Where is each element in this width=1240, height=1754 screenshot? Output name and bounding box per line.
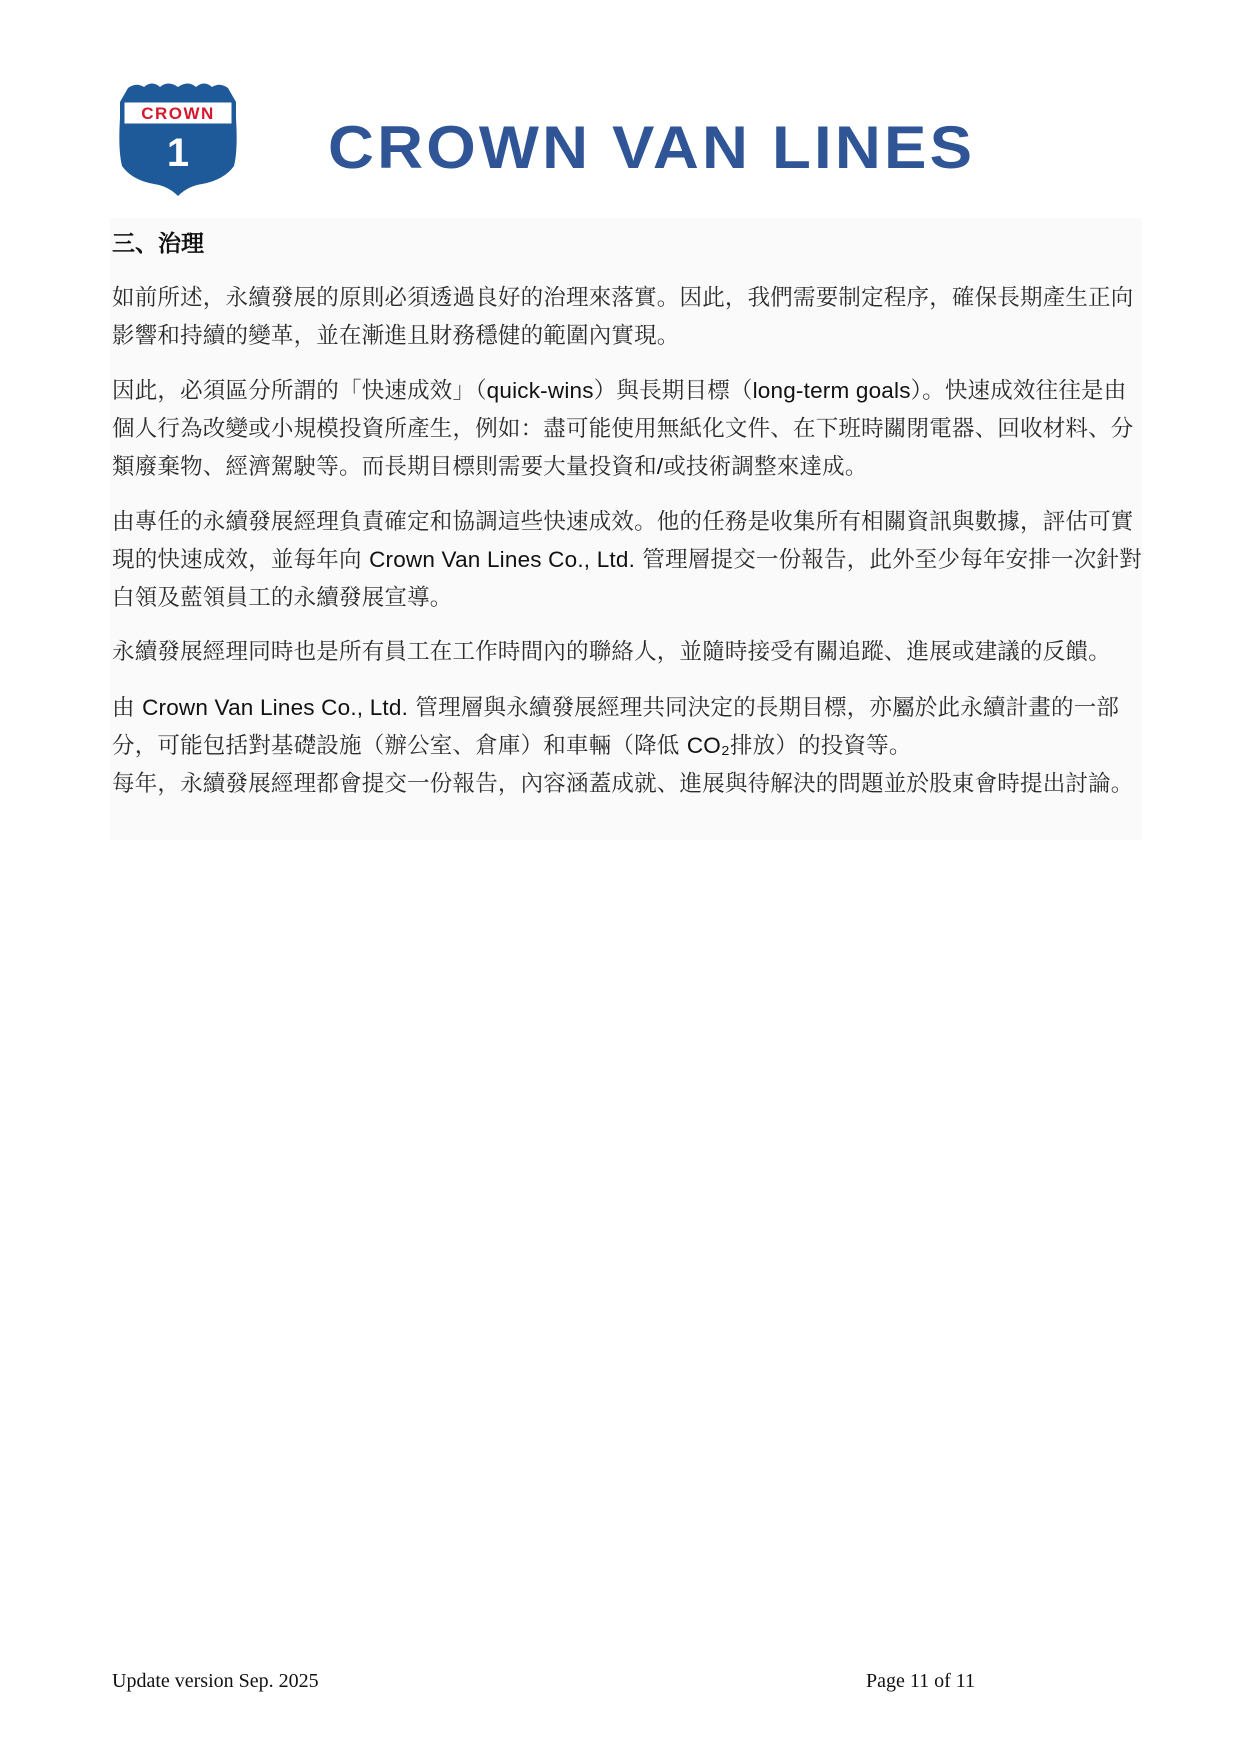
logo-number: 1 <box>167 131 189 175</box>
paragraph-1: 如前所述，永續發展的原則必須透過良好的治理來落實。因此，我們需要制定程序，確保長… <box>112 280 1142 355</box>
paragraph-4: 永續發展經理同時也是所有員工在工作時間內的聯絡人，並隨時接受有關追蹤、進展或建議… <box>112 634 1142 672</box>
logo-badge-text: CROWN <box>141 104 215 123</box>
term-long-term-goals: long-term goals <box>753 378 911 403</box>
company-wordmark: CROWN VAN LINES <box>328 118 975 178</box>
paragraph-3: 由專任的永續發展經理負責確定和協調這些快速成效。他的任務是收集所有相關資訊與數據… <box>112 504 1142 618</box>
paragraph-2: 因此，必須區分所謂的「快速成效」（quick-wins）與長期目標（long-t… <box>112 372 1142 487</box>
company-name: Crown Van Lines Co., Ltd. <box>142 695 408 720</box>
paragraph-6: 每年，永續發展經理都會提交一份報告，內容涵蓋成就、進展與待解決的問題並於股東會時… <box>112 766 1142 804</box>
paragraph-5: 由 Crown Van Lines Co., Ltd. 管理層與永續發展經理共同… <box>112 689 1142 766</box>
section-heading: 三、治理 <box>112 226 1142 262</box>
co2-term: CO₂ <box>687 733 730 758</box>
company-name: Crown Van Lines Co., Ltd. <box>369 547 635 572</box>
footer-version: Update version Sep. 2025 <box>112 1670 319 1693</box>
term-quick-wins: quick-wins <box>487 378 594 403</box>
section-governance: 三、治理 如前所述，永續發展的原則必須透過良好的治理來落實。因此，我們需要制定程… <box>112 226 1142 820</box>
footer-page-number: Page 11 of 11 <box>866 1670 975 1693</box>
shield-icon: CROWN 1 <box>114 80 242 198</box>
crown-shield-logo: CROWN 1 <box>114 80 242 198</box>
